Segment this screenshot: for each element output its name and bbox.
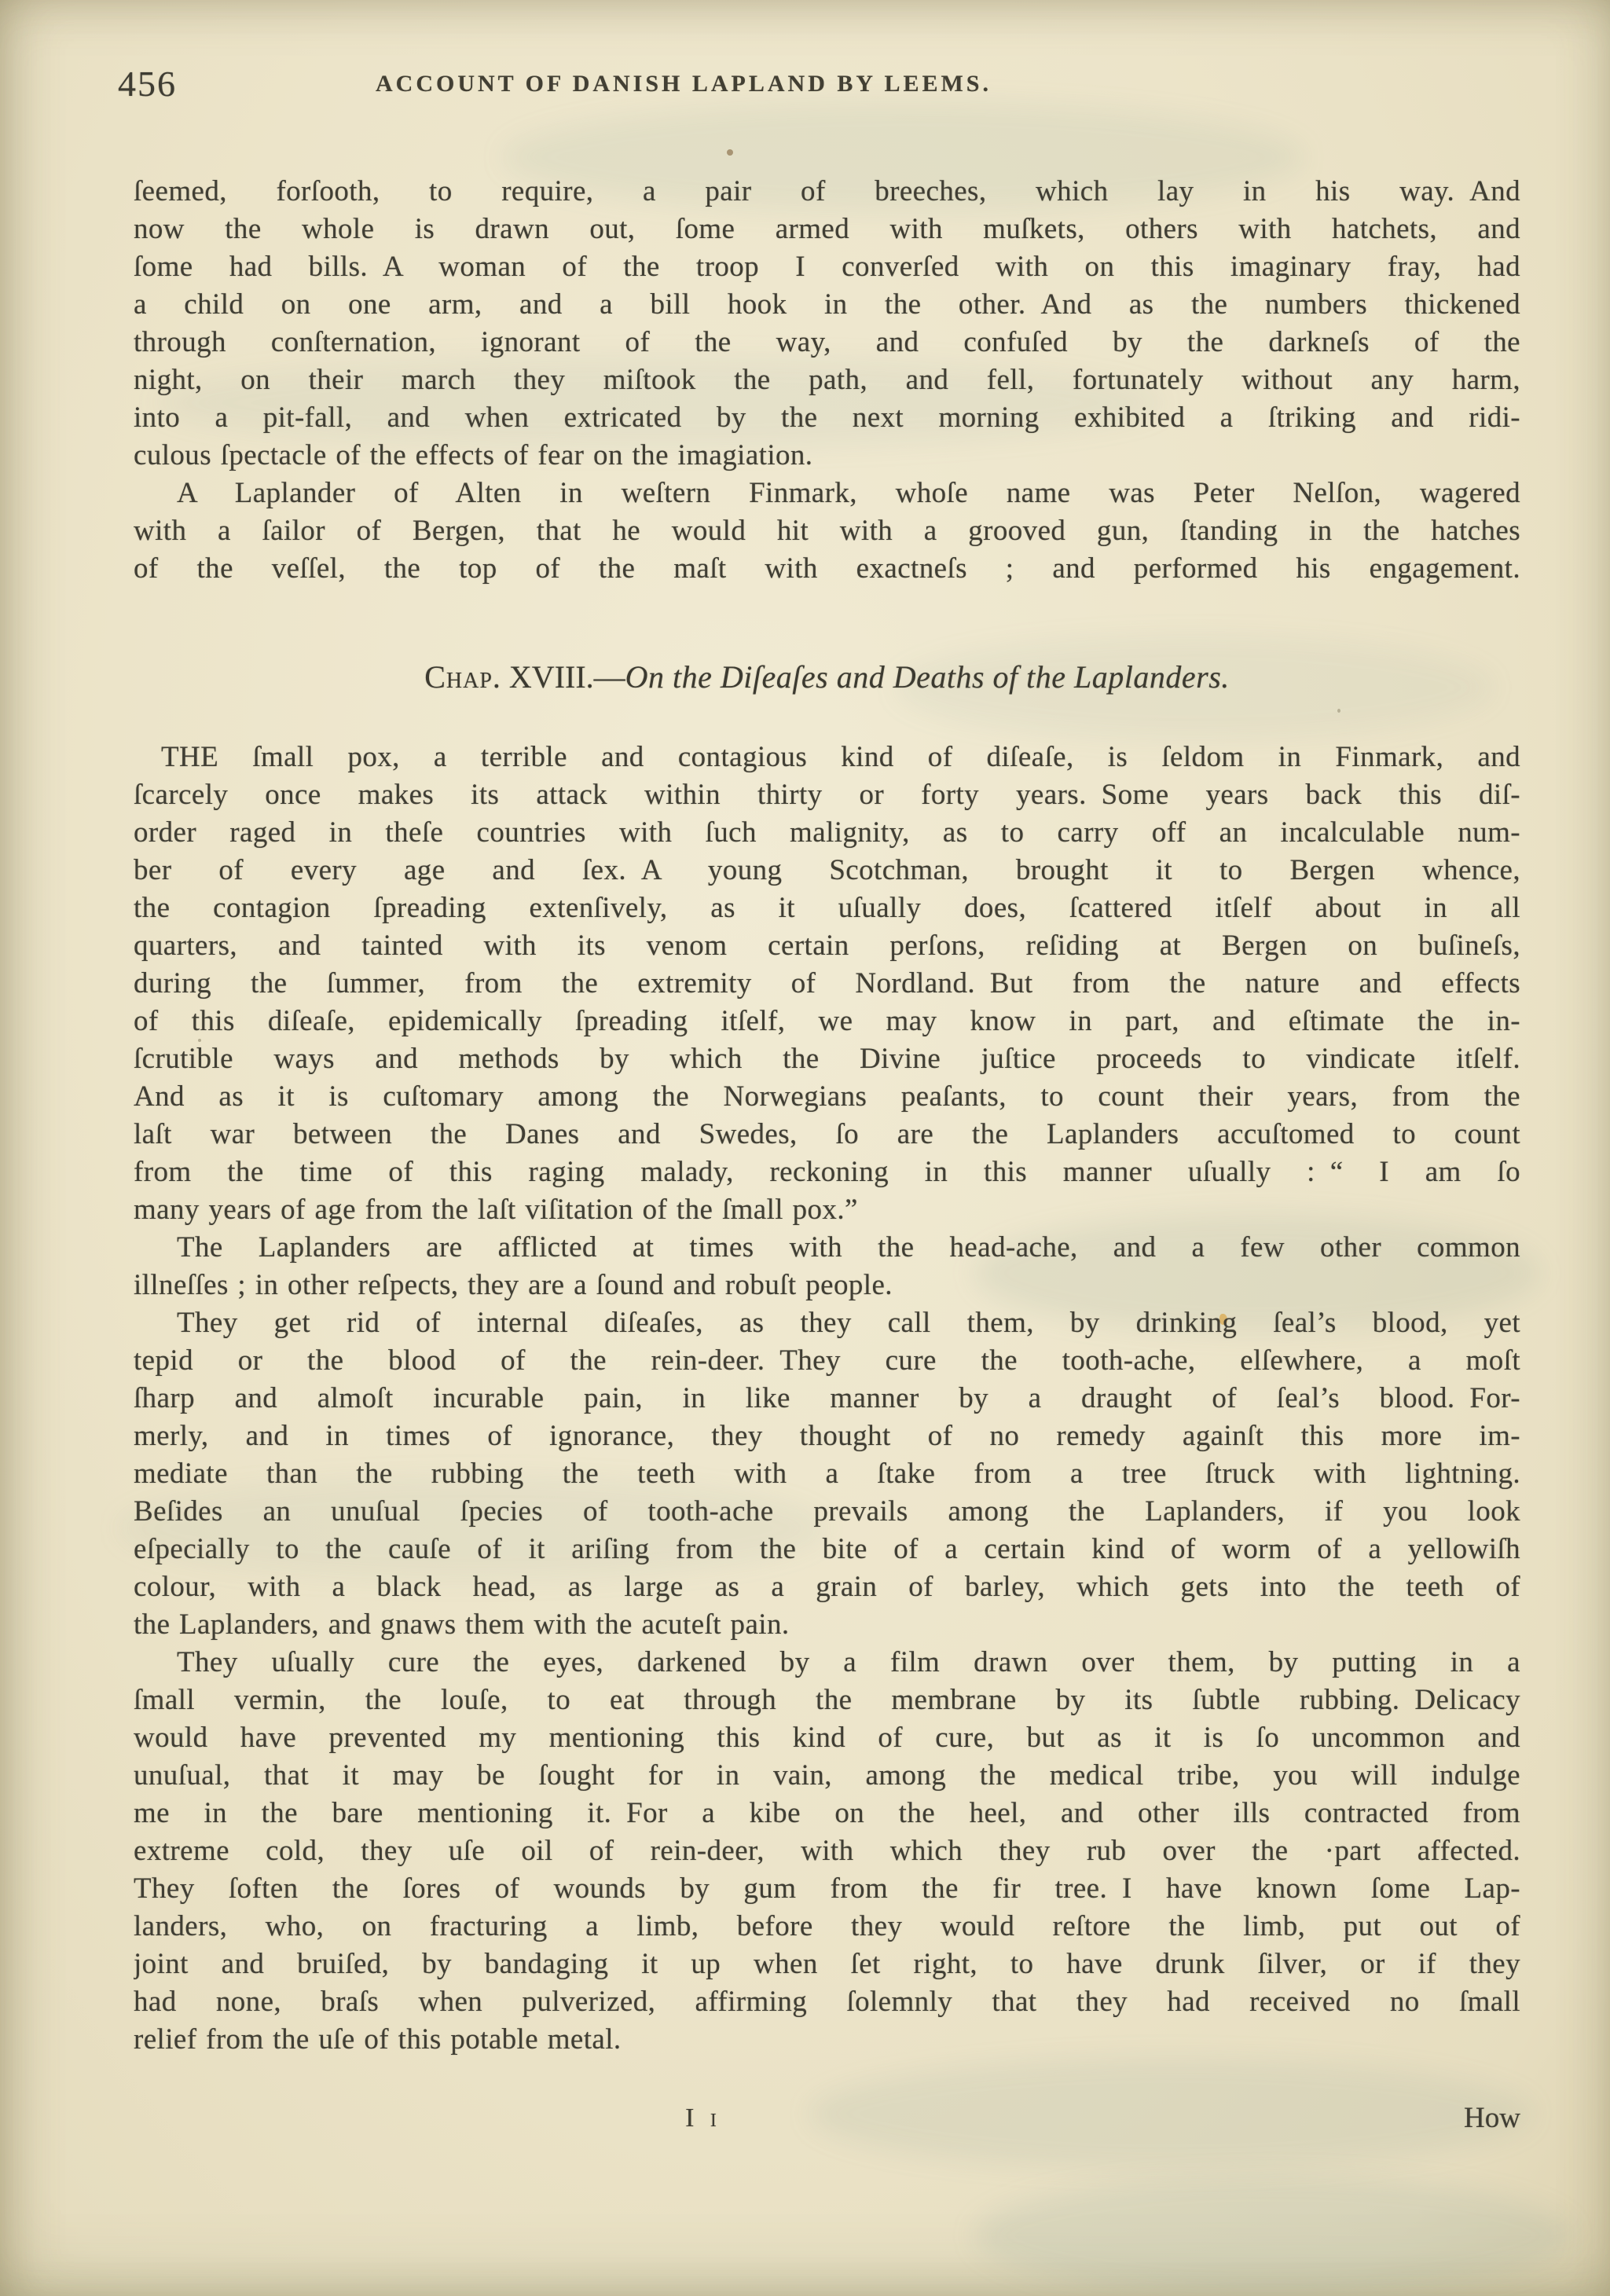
text-line: ber of every age and ſex. A young Scotch…	[134, 852, 1520, 889]
text-line: The Laplanders are afflicted at times wi…	[134, 1229, 1520, 1267]
text-line: the contagion ſpreading extenſively, as …	[134, 889, 1520, 927]
text-line: quarters, and tainted with its venom cer…	[134, 927, 1520, 965]
text-line: laſt war between the Danes and Swedes, ſ…	[134, 1116, 1520, 1154]
text-line: into a pit-fall, and when extricated by …	[134, 399, 1520, 437]
paragraph-6: They uſually cure the eyes, darkened by …	[134, 1644, 1520, 2059]
text-line: mediate than the rubbing the teeth with …	[134, 1455, 1520, 1493]
text-line: eſpecially to the cauſe of it ariſing fr…	[134, 1531, 1520, 1568]
text-line: during the ſummer, from the extremity of…	[134, 965, 1520, 1003]
text-line: merly, and in times of ignorance, they t…	[134, 1418, 1520, 1455]
chapter-title: On the Diſeaſes and Deaths of the Laplan…	[625, 659, 1230, 695]
chapter-numeral: XVIII.—	[509, 659, 625, 695]
text-line: ſmall vermin, the louſe, to eat through …	[134, 1682, 1520, 1719]
paragraph-5: They get rid of internal diſeaſes, as th…	[134, 1304, 1520, 1644]
page-footer: I i How	[134, 2100, 1520, 2137]
text-line: of this diſeaſe, epidemically ſpreading …	[134, 1003, 1520, 1040]
text-line: extreme cold, they uſe oil of rein-deer,…	[134, 1832, 1520, 1870]
text-line: from the time of this raging malady, rec…	[134, 1154, 1520, 1191]
text-line: ſeemed, forſooth, to require, a pair of …	[134, 173, 1520, 211]
signature-mark: I i	[134, 2100, 1273, 2137]
text-line: relief from the uſe of this potable meta…	[134, 2021, 1520, 2059]
text-line: A Laplander of Alten in weſtern Finmark,…	[134, 475, 1520, 512]
text-line: THE ſmall pox, a terrible and contagious…	[134, 739, 1520, 776]
text-line: joint and bruiſed, by bandaging it up wh…	[134, 1946, 1520, 1983]
text-line: with a ſailor of Bergen, that he would h…	[134, 512, 1520, 550]
page-header: 456 ACCOUNT OF DANISH LAPLAND BY LEEMS.	[0, 66, 1610, 105]
paragraph-3: THE ſmall pox, a terrible and contagious…	[134, 739, 1520, 1229]
text-line: colour, with a black head, as large as a…	[134, 1568, 1520, 1606]
paragraph-4: The Laplanders are afflicted at times wi…	[134, 1229, 1520, 1304]
running-header: ACCOUNT OF DANISH LAPLAND BY LEEMS.	[330, 71, 1037, 97]
text-line: They uſually cure the eyes, darkened by …	[134, 1644, 1520, 1682]
text-line: And as it is cuſtomary among the Norwegi…	[134, 1078, 1520, 1116]
book-page: 456 ACCOUNT OF DANISH LAPLAND BY LEEMS. …	[0, 0, 1610, 2296]
text-line: of the veſſel, the top of the maſt with …	[134, 550, 1520, 588]
paper-speck	[727, 149, 733, 156]
text-line: a child on one arm, and a bill hook in t…	[134, 286, 1520, 324]
text-line: ſcarcely once makes its attack within th…	[134, 776, 1520, 814]
text-line: ſcrutible ways and methods by which the …	[134, 1040, 1520, 1078]
text-line: the Laplanders, and gnaws them with the …	[134, 1606, 1520, 1644]
catchword: How	[1464, 2100, 1520, 2137]
text-line: me in the bare mentioning it. For a kibe…	[134, 1795, 1520, 1832]
text-line: They ſoften the ſores of wounds by gum f…	[134, 1870, 1520, 1908]
text-line: night, on their march they miſtook the p…	[134, 361, 1520, 399]
text-line: illneſſes ; in other reſpects, they are …	[134, 1267, 1520, 1304]
page-content: ſeemed, forſooth, to require, a pair of …	[134, 173, 1520, 2137]
page-number: 456	[118, 66, 177, 102]
text-line: would have prevented my mentioning this …	[134, 1719, 1520, 1757]
text-line: Beſides an unuſual ſpecies of tooth-ache…	[134, 1493, 1520, 1531]
text-line: ſharp and almoſt incurable pain, in like…	[134, 1380, 1520, 1418]
text-line: now the whole is drawn out, ſome armed w…	[134, 211, 1520, 248]
text-line: had none, braſs when pulverized, affirmi…	[134, 1983, 1520, 2021]
text-line: tepid or the blood of the rein-deer. The…	[134, 1342, 1520, 1380]
text-line: order raged in theſe countries with ſuch…	[134, 814, 1520, 852]
paragraph-2: A Laplander of Alten in weſtern Finmark,…	[134, 475, 1520, 588]
text-line: landers, who, on fracturing a limb, befo…	[134, 1908, 1520, 1946]
text-line: ſome had bills. A woman of the troop I c…	[134, 248, 1520, 286]
show-through-stain	[974, 2177, 1571, 2294]
text-line: culous ſpectacle of the effects of fear …	[134, 437, 1520, 475]
text-line: many years of age from the laſt viſitati…	[134, 1191, 1520, 1229]
chapter-heading: Chap. XVIII.—On the Diſeaſes and Deaths …	[134, 657, 1520, 698]
paragraph-1: ſeemed, forſooth, to require, a pair of …	[134, 173, 1520, 475]
text-line: They get rid of internal diſeaſes, as th…	[134, 1304, 1520, 1342]
chapter-label: Chap.	[424, 659, 501, 695]
text-line: unuſual, that it may be ſought for in va…	[134, 1757, 1520, 1795]
text-line: through conſternation, ignorant of the w…	[134, 324, 1520, 361]
